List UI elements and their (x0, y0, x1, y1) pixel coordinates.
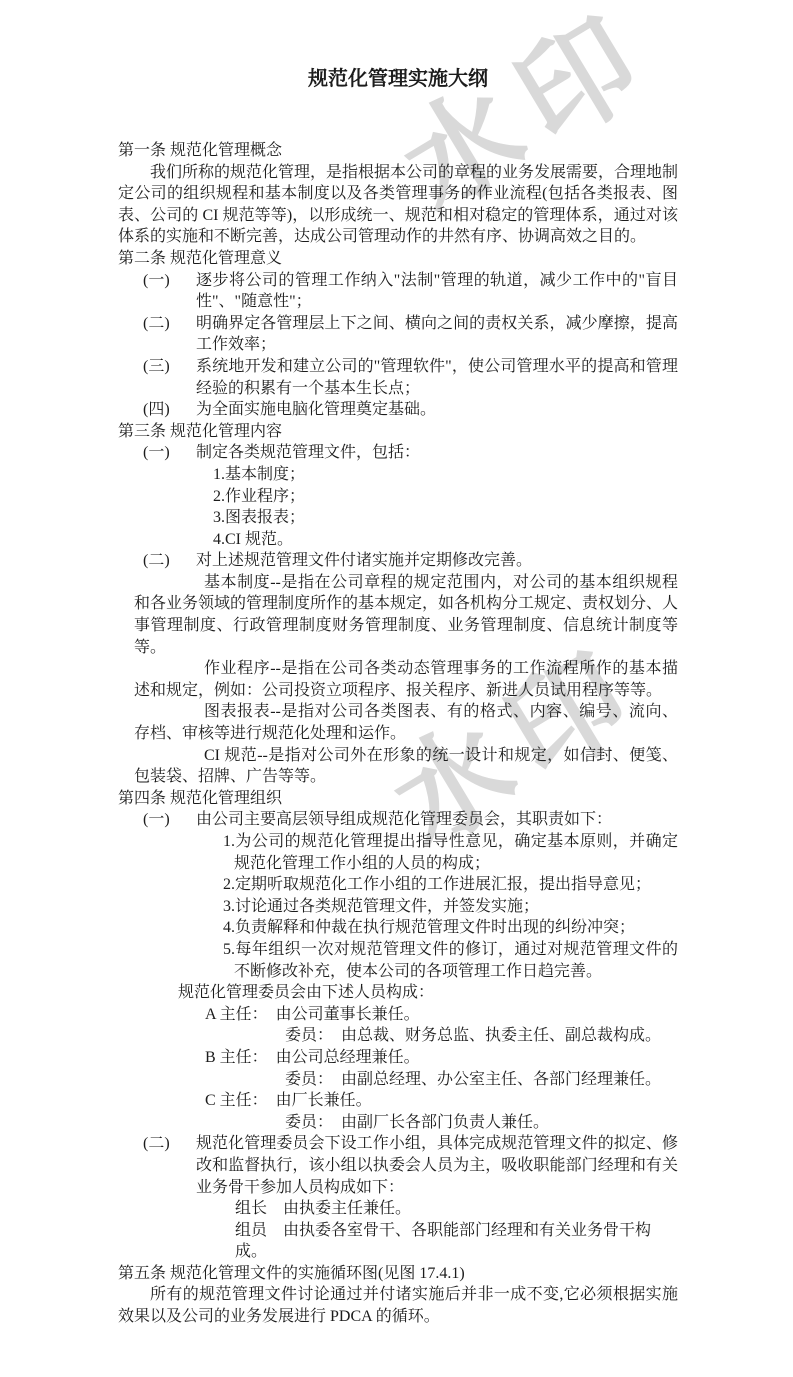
committee-c-director: C 主任： 由厂长兼任。 (205, 1090, 678, 1112)
committee-a-members: 委员： 由总裁、财务总监、执委主任、副总裁构成。 (285, 1025, 678, 1047)
committee-duty-2: 2.定期听取规范化工作小组的工作进展汇报，提出指导意见； (223, 874, 678, 896)
definition-basic-system: 基本制度--是指在公司章程的规定范围内，对公司的基本组织规程和各业务领域的管理制… (134, 572, 678, 658)
paragraph-text: 组员 由执委各室骨干、各职能部门经理和有关业务骨干构成。 (235, 1222, 651, 1261)
paragraph-text: 4.负责解释和仲裁在执行规范管理文件时出现的纠纷冲突； (223, 919, 635, 936)
article-2-item-3: (三)系统地开发和建立公司的"管理软件"，使公司管理水平的提高和管理经验的积累有… (118, 356, 678, 399)
paragraph-text: 第三条 规范化管理内容 (118, 423, 282, 440)
document-content: 规范化管理实施大纲 第一条 规范化管理概念我们所称的规范化管理，是指根据本公司的… (0, 66, 793, 1328)
paragraph-text: 第二条 规范化管理意义 (118, 250, 282, 267)
committee-c-members: 委员： 由副厂长各部门负责人兼任。 (285, 1112, 678, 1134)
paragraph-text: 明确界定各管理层上下之间、横向之间的责权关系，减少摩擦，提高工作效率； (196, 315, 678, 354)
paragraph-text: 由公司主要高层领导组成规范化管理委员会，其职责如下： (196, 811, 612, 828)
paragraph-text: 作业程序--是指在公司各类动态管理事务的工作流程所作的基本描述和规定，例如：公司… (134, 660, 678, 699)
paragraph-text: 3.图表报表； (213, 509, 305, 526)
committee-b-director: B 主任： 由公司总经理兼任。 (205, 1047, 678, 1069)
doc-type-1: 1.基本制度； (213, 464, 678, 486)
article-1-body: 我们所称的规范化管理，是指根据本公司的章程的业务发展需要，合理地制定公司的组织规… (118, 162, 678, 248)
document-page: { "page": { "background": "#ffffff", "te… (0, 0, 793, 1377)
definition-chart-report: 图表报表--是指对公司各类图表、有的格式、内容、编号、流向、存档、审核等进行规范… (134, 701, 678, 744)
list-marker: (二) (143, 550, 170, 572)
article-2-item-2: (二)明确界定各管理层上下之间、横向之间的责权关系，减少摩擦，提高工作效率； (118, 313, 678, 356)
paragraph-text: 为全面实施电脑化管理奠定基础。 (196, 401, 436, 418)
article-4-item-1: (一)由公司主要高层领导组成规范化管理委员会，其职责如下： (118, 809, 678, 831)
paragraph-text: 委员： 由副总经理、办公室主任、各部门经理兼任。 (285, 1071, 661, 1088)
article-2-heading: 第二条 规范化管理意义 (118, 248, 678, 270)
paragraph-text: B 主任： 由公司总经理兼任。 (205, 1049, 420, 1066)
paragraph-text: 规范化管理委员会下设工作小组，具体完成规范管理文件的拟定、修改和监督执行，该小组… (196, 1135, 678, 1195)
list-marker: (四) (143, 399, 170, 421)
list-marker: (一) (143, 442, 170, 464)
page-title: 规范化管理实施大纲 (118, 66, 678, 92)
paragraph-text: 2.作业程序； (213, 488, 305, 505)
committee-duty-1: 1.为公司的规范化管理提出指导性意见，确定基本原则，并确定规范化管理工作小组的人… (223, 831, 678, 874)
paragraph-text: 制定各类规范管理文件，包括： (196, 444, 420, 461)
paragraph-text: 系统地开发和建立公司的"管理软件"，使公司管理水平的提高和管理经验的积累有一个基… (196, 358, 678, 397)
doc-type-4: 4.CI 规范。 (213, 529, 678, 551)
paragraph-text: CI 规范--是指对公司外在形象的统一设计和规定，如信封、便笺、包装袋、招牌、广… (134, 747, 678, 786)
doc-type-2: 2.作业程序； (213, 486, 678, 508)
committee-duty-5: 5.每年组织一次对规范管理文件的修订，通过对规范管理文件的不断修改补充，使本公司… (223, 939, 678, 982)
list-marker: (二) (143, 1133, 170, 1155)
paragraph-text: A 主任： 由公司董事长兼任。 (205, 1006, 420, 1023)
paragraph-text: 委员： 由副厂长各部门负责人兼任。 (285, 1114, 549, 1131)
article-5-heading: 第五条 规范化管理文件的实施循环图(见图 17.4.1) (118, 1263, 678, 1285)
paragraph-text: 我们所称的规范化管理，是指根据本公司的章程的业务发展需要，合理地制定公司的组织规… (118, 164, 678, 246)
paragraph-text: 基本制度--是指在公司章程的规定范围内，对公司的基本组织规程和各业务领域的管理制… (134, 574, 678, 656)
paragraph-text: 4.CI 规范。 (213, 531, 293, 548)
committee-b-members: 委员： 由副总经理、办公室主任、各部门经理兼任。 (285, 1069, 678, 1091)
paragraph-text: 第四条 规范化管理组织 (118, 790, 282, 807)
paragraph-text: 组长 由执委主任兼任。 (235, 1200, 411, 1217)
paragraph-text: 逐步将公司的管理工作纳入"法制"管理的轨道，减少工作中的"盲目性"、"随意性"； (196, 272, 678, 311)
article-4-heading: 第四条 规范化管理组织 (118, 788, 678, 810)
paragraph-text: 1.为公司的规范化管理提出指导性意见，确定基本原则，并确定规范化管理工作小组的人… (223, 833, 678, 872)
paragraph-text: 对上述规范管理文件付诸实施并定期修改完善。 (196, 552, 532, 569)
paragraph-text: 2.定期听取规范化工作小组的工作进展汇报，提出指导意见； (223, 876, 651, 893)
list-marker: (二) (143, 313, 170, 335)
definition-work-procedure: 作业程序--是指在公司各类动态管理事务的工作流程所作的基本描述和规定，例如：公司… (134, 658, 678, 701)
article-3-heading: 第三条 规范化管理内容 (118, 421, 678, 443)
document-body: 第一条 规范化管理概念我们所称的规范化管理，是指根据本公司的章程的业务发展需要，… (118, 140, 678, 1328)
definition-ci-standard: CI 规范--是指对公司外在形象的统一设计和规定，如信封、便笺、包装袋、招牌、广… (134, 745, 678, 788)
paragraph-text: 1.基本制度； (213, 466, 305, 483)
committee-composition-intro: 规范化管理委员会由下述人员构成： (178, 982, 678, 1004)
paragraph-text: C 主任： 由厂长兼任。 (205, 1092, 372, 1109)
paragraph-text: 5.每年组织一次对规范管理文件的修订，通过对规范管理文件的不断修改补充，使本公司… (223, 941, 678, 980)
article-1-heading: 第一条 规范化管理概念 (118, 140, 678, 162)
article-2-item-1: (一)逐步将公司的管理工作纳入"法制"管理的轨道，减少工作中的"盲目性"、"随意… (118, 270, 678, 313)
list-marker: (一) (143, 270, 170, 292)
paragraph-text: 3.讨论通过各类规范管理文件，并签发实施； (223, 898, 539, 915)
committee-duty-3: 3.讨论通过各类规范管理文件，并签发实施； (223, 896, 678, 918)
article-4-item-2: (二)规范化管理委员会下设工作小组，具体完成规范管理文件的拟定、修改和监督执行，… (118, 1133, 678, 1198)
doc-type-3: 3.图表报表； (213, 507, 678, 529)
article-3-item-2: (二) 对上述规范管理文件付诸实施并定期修改完善。 (118, 550, 678, 572)
workgroup-leader: 组长 由执委主任兼任。 (235, 1198, 678, 1220)
paragraph-text: 规范化管理委员会由下述人员构成： (178, 984, 434, 1001)
paragraph-text: 委员： 由总裁、财务总监、执委主任、副总裁构成。 (285, 1027, 661, 1044)
workgroup-members: 组员 由执委各室骨干、各职能部门经理和有关业务骨干构成。 (235, 1220, 678, 1263)
list-marker: (三) (143, 356, 170, 378)
paragraph-text: 所有的规范管理文件讨论通过并付诸实施后并非一成不变,它必须根据实施效果以及公司的… (118, 1286, 678, 1325)
committee-a-director: A 主任： 由公司董事长兼任。 (205, 1004, 678, 1026)
paragraph-text: 图表报表--是指对公司各类图表、有的格式、内容、编号、流向、存档、审核等进行规范… (134, 703, 678, 742)
article-3-item-1: (一)制定各类规范管理文件，包括： (118, 442, 678, 464)
list-marker: (一) (143, 809, 170, 831)
paragraph-text: 第一条 规范化管理概念 (118, 142, 282, 159)
committee-duty-4: 4.负责解释和仲裁在执行规范管理文件时出现的纠纷冲突； (223, 917, 678, 939)
paragraph-text: 第五条 规范化管理文件的实施循环图(见图 17.4.1) (118, 1265, 465, 1282)
article-5-body: 所有的规范管理文件讨论通过并付诸实施后并非一成不变,它必须根据实施效果以及公司的… (118, 1284, 678, 1327)
article-2-item-4: (四)为全面实施电脑化管理奠定基础。 (118, 399, 678, 421)
